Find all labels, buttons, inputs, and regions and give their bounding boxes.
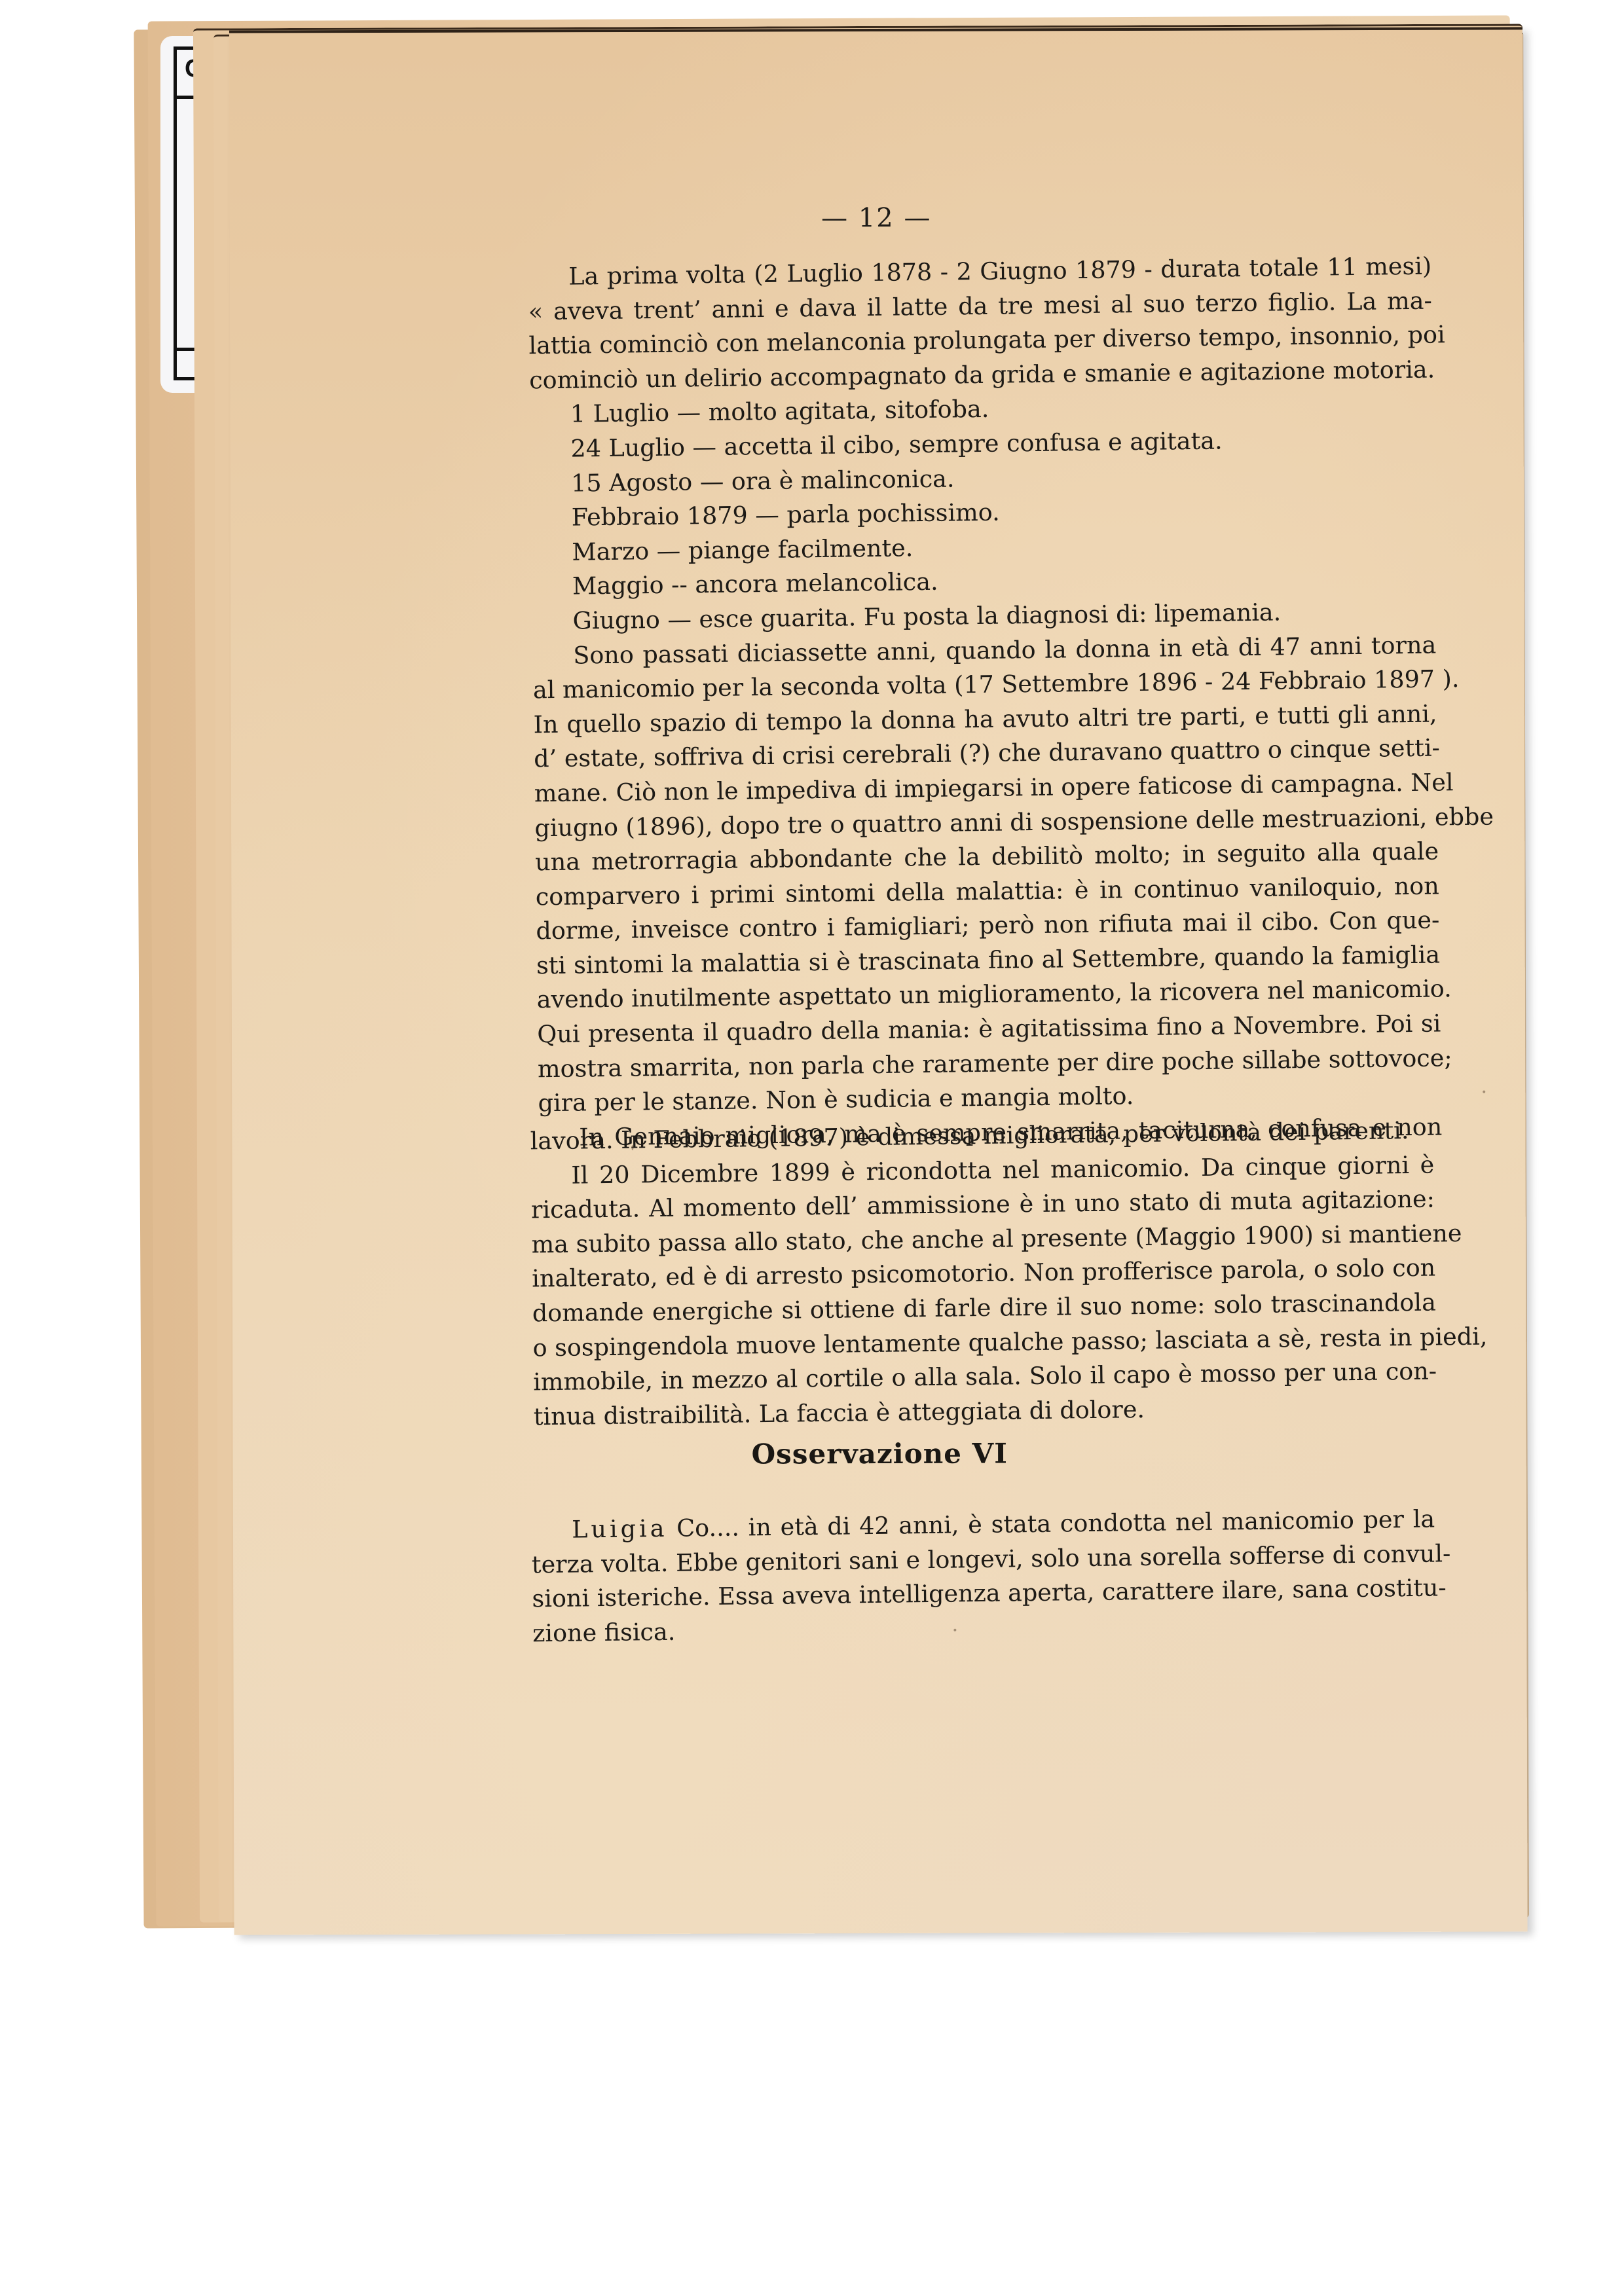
paper-speck xyxy=(953,1629,956,1631)
body-text-block: lavora. In Febbraio (1897) è dimessa mig… xyxy=(530,1114,1437,1434)
paper-speck xyxy=(631,1145,633,1150)
document-page: — 12 — La prima volta (2 Luglio 1878 - 2… xyxy=(229,27,1528,1935)
patient-name: Luigia xyxy=(572,1514,668,1544)
page-number: — 12 — xyxy=(230,201,1523,234)
text-line-rest: Co.... in età di 42 anni, è stata condot… xyxy=(667,1505,1435,1542)
section-heading: Osservazione VI xyxy=(233,1436,1526,1471)
paper-speck xyxy=(1483,1091,1485,1093)
body-text-block: La prima volta (2 Luglio 1878 - 2 Giugno… xyxy=(528,249,1443,1156)
body-text-block: Luigia Co.... in età di 42 anni, è stata… xyxy=(531,1503,1436,1651)
